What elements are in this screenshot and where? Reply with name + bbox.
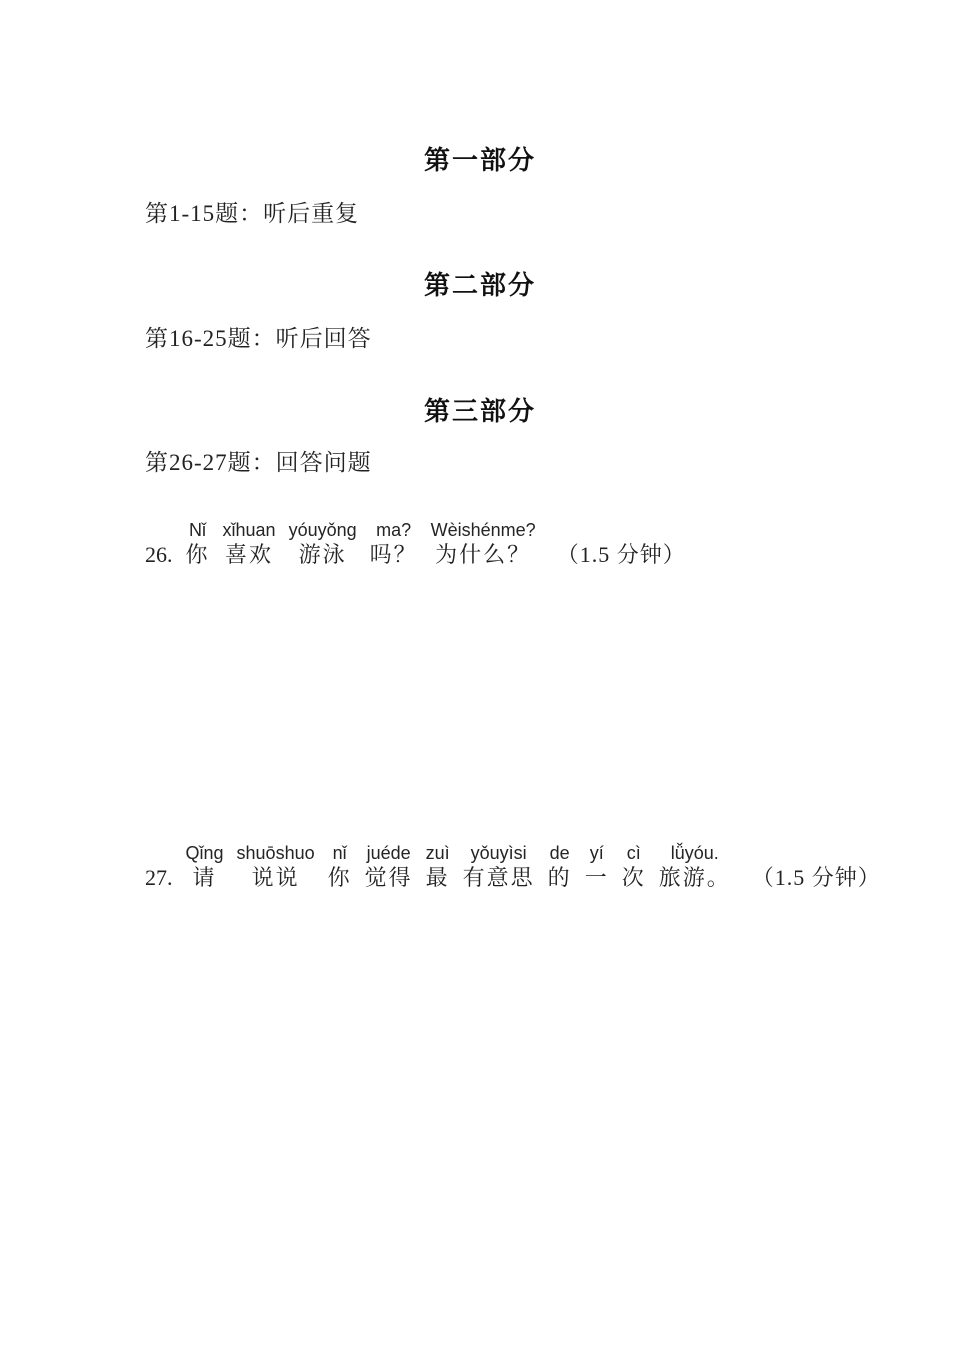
hanzi-text: 旅游。 [659,865,731,891]
question-26-duration: （1.5 分钟） [557,542,686,568]
pinyin-text: yóuyǒng [289,518,357,542]
question-27-word-2: shuōshuo 说说 [237,841,315,891]
question-27-word-8: yí 一 [585,841,609,891]
pinyin-text: juéde [367,841,411,865]
hanzi-text: 你 [186,542,210,568]
question-26-number: 26. [145,542,173,568]
question-27-word-1: Qǐng 请 [186,841,224,891]
section-3-heading: 第三部分 [0,397,960,427]
hanzi-text: 你 [328,865,352,891]
question-26-word-3: yóuyǒng 游泳 [289,518,357,568]
section-part-2: 第二部分 第16-25题：听后回答 [0,271,960,353]
hanzi-text: 一 [585,865,609,891]
section-3-description: 第26-27题：回答问题 [0,449,960,477]
pinyin-text: ma? [376,518,411,542]
page-content: 第一部分 第1-15题：听后重复 第二部分 第16-25题：听后回答 第三部分 … [0,0,960,891]
pinyin-text: de [550,841,570,865]
question-27-word-7: de 的 [548,841,572,891]
hanzi-text: 为什么？ [435,542,531,568]
pinyin-text: lǚyóu. [671,841,719,865]
hanzi-text: 游泳 [299,542,347,568]
question-26-word-5: Wèishénme? 为什么？ [431,518,536,568]
hanzi-text: 吗？ [370,542,418,568]
pinyin-text: nǐ [333,841,347,865]
question-27-word-6: yǒuyìsi 有意思 [463,841,535,891]
pinyin-text: yí [590,841,604,865]
question-27: 27. Qǐng 请 shuōshuo 说说 nǐ 你 juéde 觉得 zuì… [0,841,960,891]
pinyin-text: Qǐng [186,841,224,865]
hanzi-text: 有意思 [463,865,535,891]
question-27-word-4: juéde 觉得 [365,841,413,891]
question-26-word-4: ma? 吗？ [370,518,418,568]
hanzi-text: 的 [548,865,572,891]
section-part-1: 第一部分 第1-15题：听后重复 [0,146,960,228]
question-27-word-5: zuì 最 [426,841,450,891]
hanzi-text: 说说 [252,865,300,891]
question-27-word-9: cì 次 [622,841,646,891]
pinyin-text: shuōshuo [237,841,315,865]
question-27-duration: （1.5 分钟） [752,865,881,891]
hanzi-text: 最 [426,865,450,891]
question-27-word-10: lǚyóu. 旅游。 [659,841,731,891]
question-26-word-1: Nǐ 你 [186,518,210,568]
exam-page: 第一部分 第1-15题：听后重复 第二部分 第16-25题：听后回答 第三部分 … [0,0,960,1357]
pinyin-text: cì [627,841,641,865]
section-2-description: 第16-25题：听后回答 [0,325,960,353]
pinyin-text: yǒuyìsi [471,841,527,865]
pinyin-text: xǐhuan [223,518,276,542]
pinyin-text: Wèishénme? [431,518,536,542]
section-1-description: 第1-15题：听后重复 [0,200,960,228]
question-27-number: 27. [145,865,173,891]
pinyin-text: zuì [426,841,450,865]
hanzi-text: 请 [193,865,217,891]
hanzi-text: 次 [622,865,646,891]
hanzi-text: 觉得 [365,865,413,891]
section-2-heading: 第二部分 [0,271,960,301]
pinyin-text: Nǐ [189,518,206,542]
question-27-word-3: nǐ 你 [328,841,352,891]
section-part-3: 第三部分 第26-27题：回答问题 [0,397,960,477]
section-1-heading: 第一部分 [0,146,960,176]
question-26-word-2: xǐhuan 喜欢 [223,518,276,568]
question-26: 26. Nǐ 你 xǐhuan 喜欢 yóuyǒng 游泳 ma? 吗？ Wèi… [0,518,960,568]
hanzi-text: 喜欢 [225,542,273,568]
